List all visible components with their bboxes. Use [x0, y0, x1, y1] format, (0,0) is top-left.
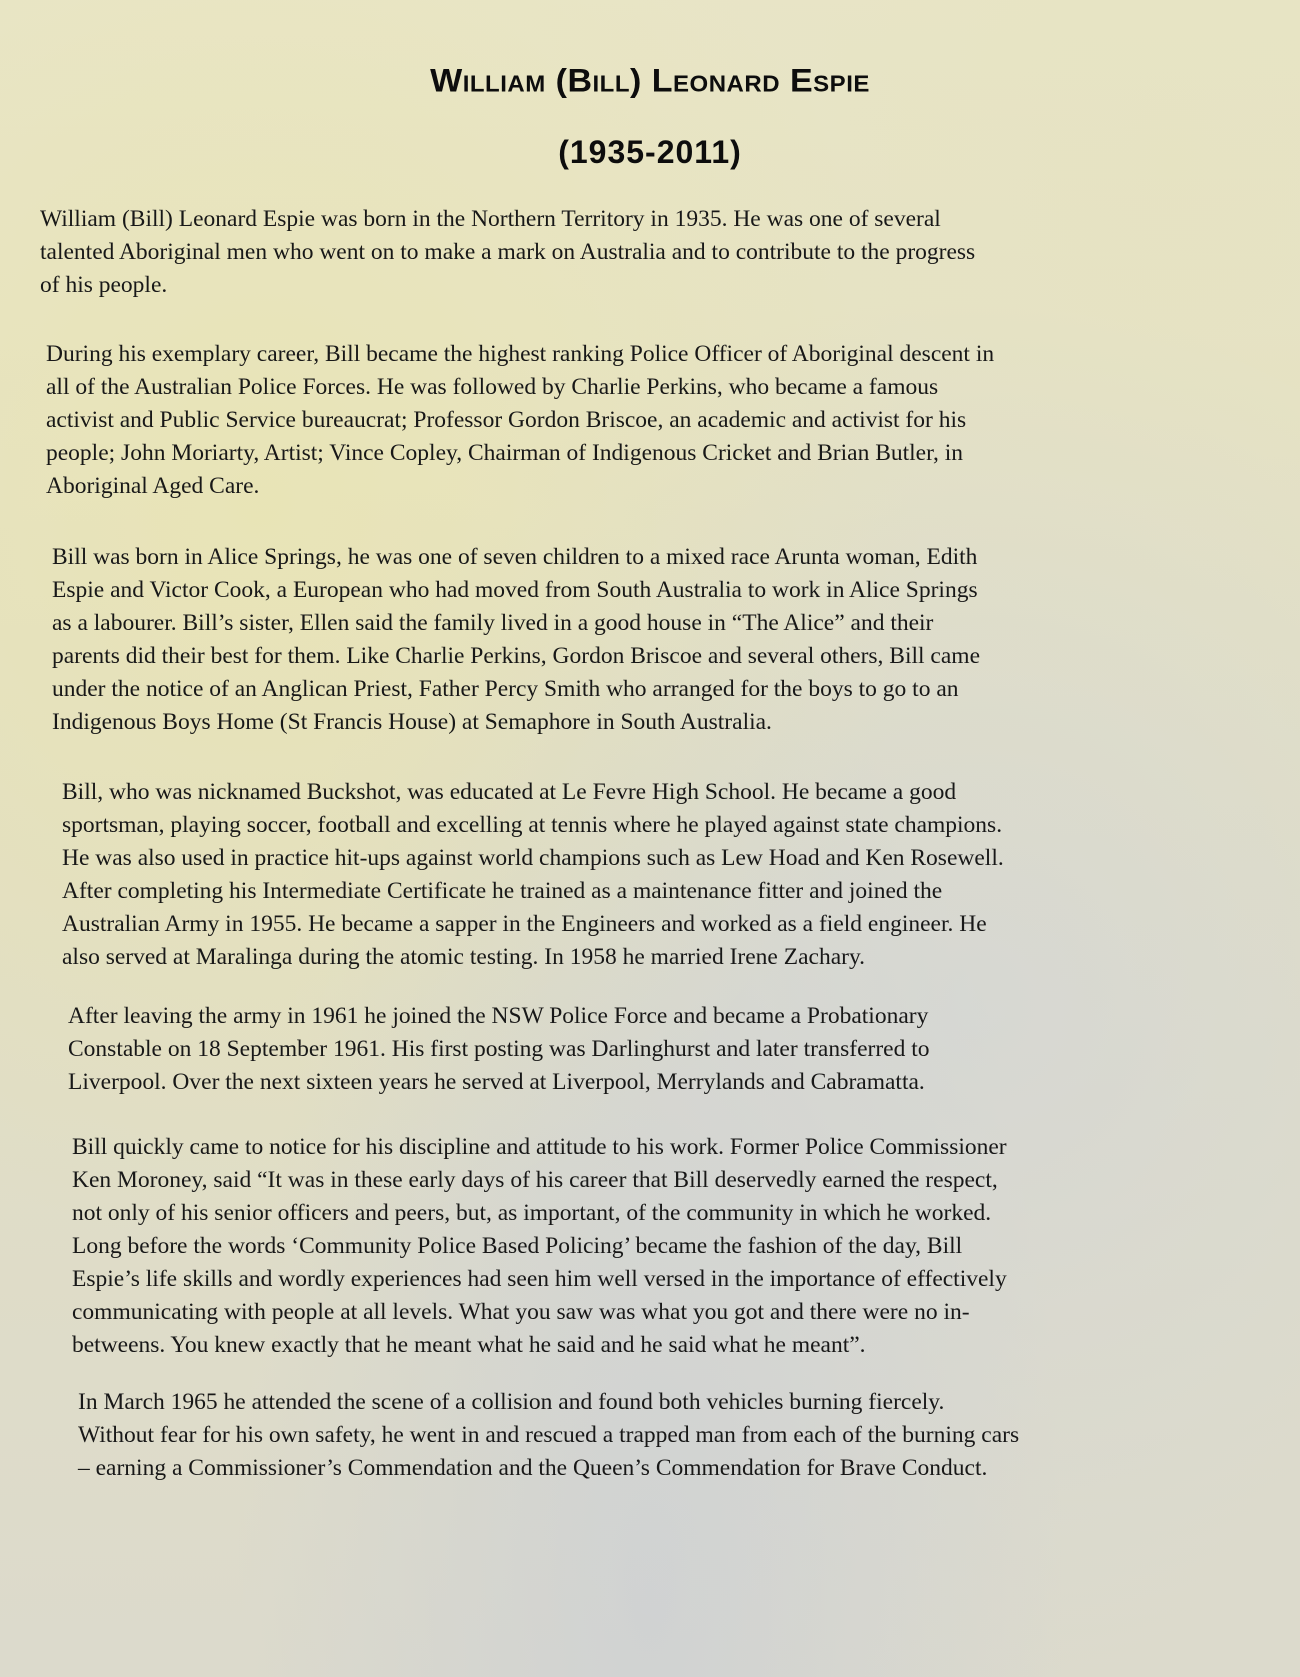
text-line: parents did their best for them. Like Ch… [52, 640, 980, 673]
text-line: Constable on 18 September 1961. His firs… [68, 1033, 930, 1066]
text-line: all of the Australian Police Forces. He … [46, 371, 994, 404]
text-line: After leaving the army in 1961 he joined… [68, 1000, 930, 1033]
text-line: – earning a Commissioner’s Commendation … [78, 1452, 1019, 1485]
text-line: as a labourer. Bill’s sister, Ellen said… [52, 607, 980, 640]
paragraph-quote: Bill quickly came to notice for his disc… [72, 1131, 1007, 1362]
life-dates: (1935-2011) [0, 134, 1300, 171]
paragraph-bravery: In March 1965 he attended the scene of a… [78, 1386, 1019, 1485]
text-line: Long before the words ‘Community Police … [72, 1230, 1007, 1263]
text-line: talented Aboriginal men who went on to m… [40, 236, 975, 269]
text-line: activist and Public Service bureaucrat; … [46, 404, 994, 437]
text-line: He was also used in practice hit-ups aga… [62, 842, 1004, 875]
text-line: Espie’s life skills and wordly experienc… [72, 1263, 1007, 1296]
text-line: William (Bill) Leonard Espie was born in… [40, 203, 975, 236]
text-line: people; John Moriarty, Artist; Vince Cop… [46, 437, 994, 470]
document-page: William (Bill) Leonard Espie (1935-2011)… [0, 0, 1300, 1677]
text-line: In March 1965 he attended the scene of a… [78, 1386, 1019, 1419]
text-line: communicating with people at all levels.… [72, 1296, 1007, 1329]
text-line: not only of his senior officers and peer… [72, 1197, 1007, 1230]
text-line: Espie and Victor Cook, a European who ha… [52, 574, 980, 607]
text-line: Australian Army in 1955. He became a sap… [62, 908, 1004, 941]
text-line: sportsman, playing soccer, football and … [62, 809, 1004, 842]
text-line: Bill was born in Alice Springs, he was o… [52, 541, 980, 574]
text-line: Bill, who was nicknamed Buckshot, was ed… [62, 776, 1004, 809]
text-line: betweens. You knew exactly that he meant… [72, 1329, 1007, 1362]
paragraph-education-army: Bill, who was nicknamed Buckshot, was ed… [62, 776, 1004, 974]
text-line: Ken Moroney, said “It was in these early… [72, 1164, 1007, 1197]
text-line: Indigenous Boys Home (St Francis House) … [52, 706, 980, 739]
text-line: under the notice of an Anglican Priest, … [52, 673, 980, 706]
document-title: William (Bill) Leonard Espie [0, 63, 1300, 100]
paragraph-birth: William (Bill) Leonard Espie was born in… [40, 203, 975, 302]
paragraph-police: After leaving the army in 1961 he joined… [68, 1000, 930, 1099]
text-line: also served at Maralinga during the atom… [62, 941, 1004, 974]
paragraph-family: Bill was born in Alice Springs, he was o… [52, 541, 980, 739]
text-line: Aboriginal Aged Care. [46, 470, 994, 503]
text-line: Bill quickly came to notice for his disc… [72, 1131, 1007, 1164]
paragraph-career: During his exemplary career, Bill became… [46, 338, 994, 503]
text-line: Without fear for his own safety, he went… [78, 1419, 1019, 1452]
text-line: During his exemplary career, Bill became… [46, 338, 994, 371]
text-line: of his people. [40, 269, 975, 302]
text-line: After completing his Intermediate Certif… [62, 875, 1004, 908]
text-line: Liverpool. Over the next sixteen years h… [68, 1066, 930, 1099]
